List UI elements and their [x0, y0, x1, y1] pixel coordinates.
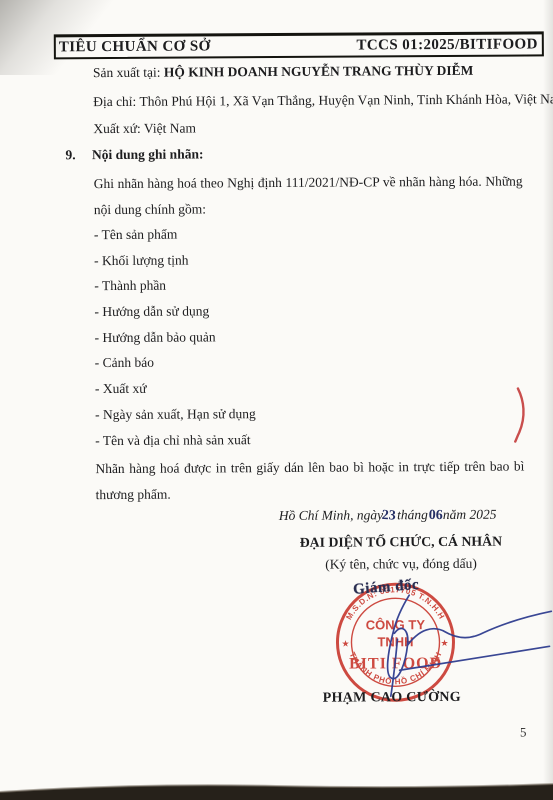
- section-title: Nội dung ghi nhãn:: [92, 146, 204, 162]
- handwritten-signature: [301, 576, 553, 706]
- section-closing-paragraph: Nhãn hàng hoá được in trên giấy dán lên …: [95, 453, 524, 508]
- list-item: - Tên và địa chỉ nhà sản xuất: [95, 425, 515, 453]
- red-pen-mark: [503, 381, 535, 449]
- document-code: TCCS 01:2025/BITIFOOD: [356, 36, 537, 54]
- list-item: - Cảnh báo: [95, 348, 515, 376]
- origin-line: Xuất xứ: Việt Nam: [93, 120, 196, 137]
- date-prefix: Hồ Chí Minh, ngày: [279, 507, 383, 523]
- list-item: - Thành phần: [94, 271, 514, 299]
- list-item: - Ngày sản xuất, Hạn sử dụng: [95, 399, 515, 427]
- month-label: tháng: [397, 507, 428, 522]
- label-content-list: - Tên sản phẩm - Khối lượng tịnh - Thành…: [94, 220, 515, 454]
- page-number: 5: [520, 724, 527, 740]
- handwritten-day: 23: [382, 508, 397, 525]
- representative-title: ĐẠI DIỆN TỔ CHỨC, CÁ NHÂN: [276, 533, 526, 551]
- signing-instruction: (Ký tên, chức vụ, đóng dấu): [276, 555, 526, 573]
- address-line: Địa chỉ: Thôn Phú Hội 1, Xã Vạn Thắng, H…: [93, 91, 553, 110]
- produced-at-value: HỘ KINH DOANH NGUYỄN TRANG THÙY DIỄM: [164, 63, 474, 80]
- list-item: - Hướng dẫn sử dụng: [94, 297, 514, 325]
- section-heading: 9. Nội dung ghi nhãn:: [65, 146, 203, 163]
- handwritten-month: 06: [429, 508, 443, 524]
- list-item: - Hướng dẫn bảo quản: [95, 322, 515, 350]
- produced-at-line: Sản xuất tại: HỘ KINH DOANH NGUYỄN TRANG…: [93, 63, 473, 81]
- year-label: năm 2025: [443, 507, 497, 522]
- document-title: TIÊU CHUẨN CƠ SỞ: [59, 38, 211, 56]
- list-item: - Tên sản phẩm: [94, 220, 514, 248]
- section-intro-paragraph: Ghi nhãn hàng hoá theo Nghị định 111/202…: [94, 168, 523, 223]
- list-item: - Xuất xứ: [95, 374, 515, 402]
- list-item: - Khối lượng tịnh: [94, 245, 514, 273]
- document-page: TIÊU CHUẨN CƠ SỞ TCCS 01:2025/BITIFOOD S…: [0, 0, 553, 800]
- date-line: Hồ Chí Minh, ngày23tháng06năm 2025: [263, 507, 513, 526]
- signer-name: PHẠM CAO CƯỜNG: [302, 690, 482, 707]
- section-number: 9.: [65, 147, 75, 162]
- page-header-band: TIÊU CHUẨN CƠ SỞ TCCS 01:2025/BITIFOOD: [54, 31, 544, 59]
- scan-bottom-edge: [0, 776, 553, 800]
- produced-at-label: Sản xuất tại:: [93, 65, 164, 80]
